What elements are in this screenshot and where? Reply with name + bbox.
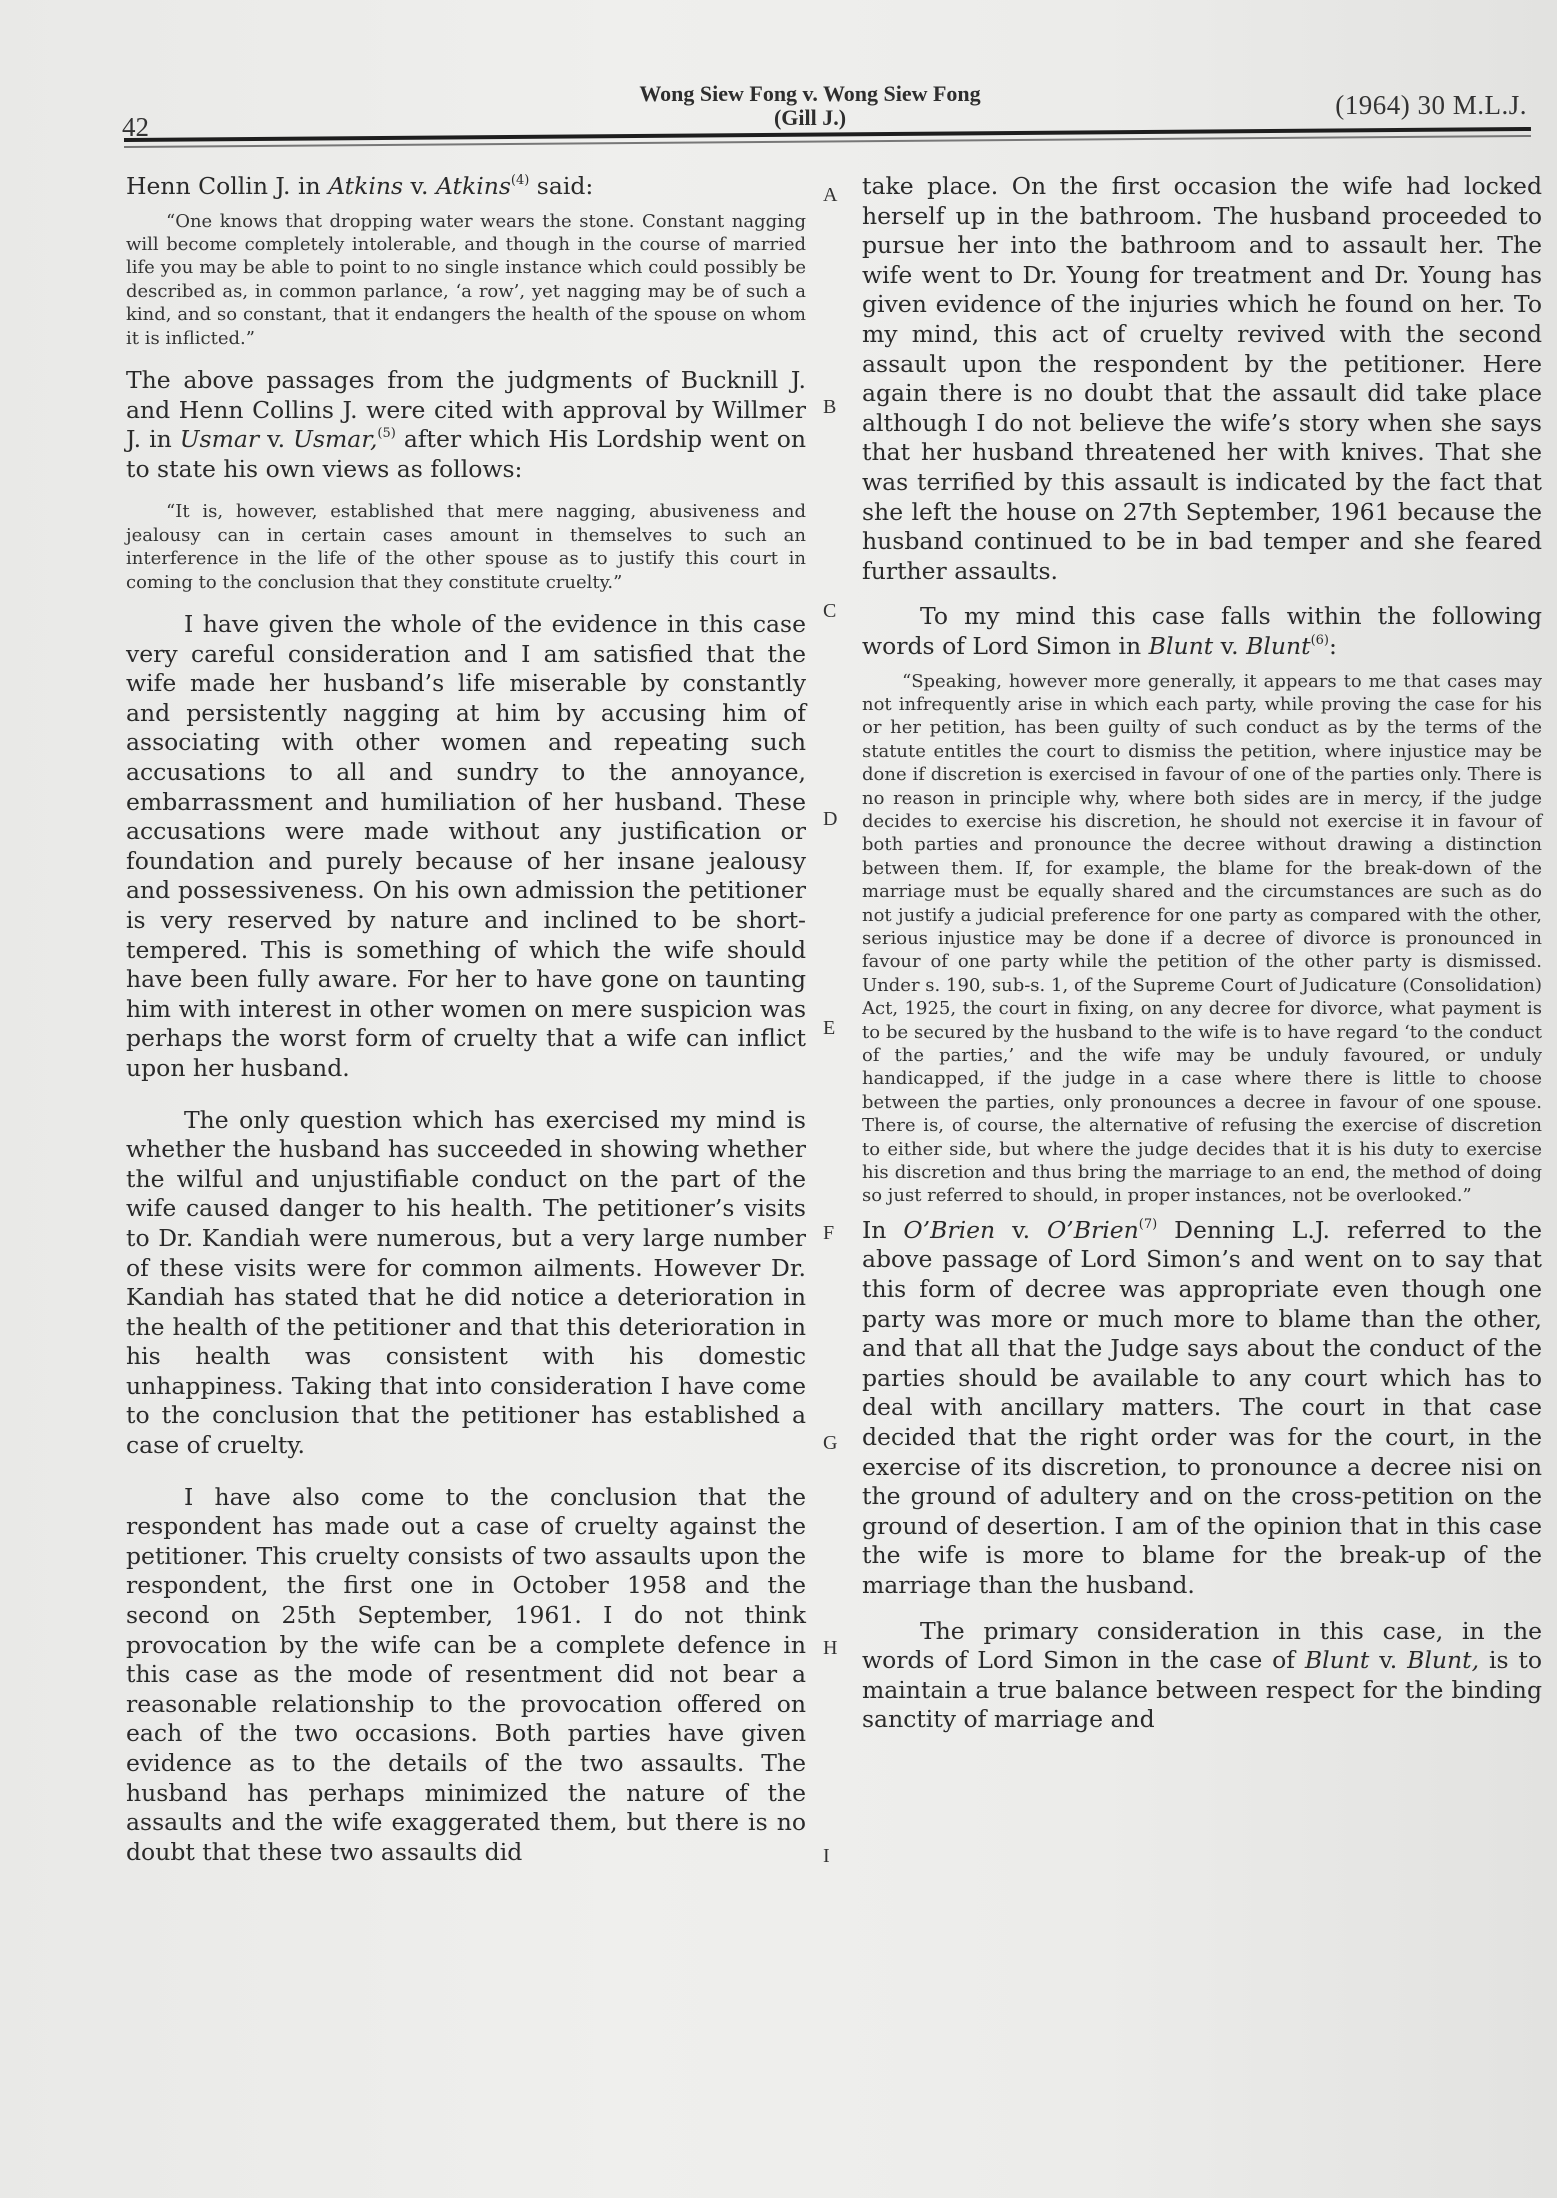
margin-letter-h: H — [823, 1637, 837, 1660]
margin-letter-a: A — [823, 184, 837, 207]
paragraph-health-question: The only question which has exercised my… — [126, 1106, 806, 1461]
margin-letter-d: D — [823, 808, 837, 831]
left-column: Henn Collin J. in Atkins v. Atkins(4) sa… — [126, 172, 806, 1867]
block-quote-lord-simon: “Speaking, however more generally, it ap… — [862, 670, 1542, 1208]
right-column: take place. On the first occasion the wi… — [862, 172, 1542, 1735]
paragraph-respondent-cruelty: I have also come to the conclusion that … — [126, 1483, 806, 1868]
document-page: 42 Wong Siew Fong v. Wong Siew Fong (Gil… — [0, 0, 1557, 2198]
paragraph-assault-details: take place. On the first occasion the wi… — [862, 172, 1542, 586]
law-report-citation: (1964) 30 M.L.J. — [1335, 90, 1527, 121]
case-name: Atkins — [436, 172, 511, 200]
footnote-ref: (5) — [377, 426, 395, 441]
margin-letter-b: B — [823, 396, 836, 419]
running-header: Wong Siew Fong v. Wong Siew Fong (Gill J… — [540, 82, 1080, 130]
footnote-ref: (6) — [1311, 633, 1329, 648]
paragraph-primary-consideration: The primary consideration in this case, … — [862, 1617, 1542, 1735]
case-name: Usmar, — [293, 425, 377, 453]
paragraph-intro-atkins: Henn Collin J. in Atkins v. Atkins(4) sa… — [126, 172, 806, 202]
case-name: Blunt — [1246, 632, 1311, 660]
case-name: Blunt — [1305, 1646, 1370, 1674]
paragraph-blunt-intro: To my mind this case falls within the fo… — [862, 602, 1542, 661]
case-name: O’Brien — [903, 1216, 995, 1244]
footnote-ref: (4) — [511, 173, 529, 188]
margin-letter-g: G — [823, 1432, 837, 1455]
judge-name: (Gill J.) — [540, 106, 1080, 130]
margin-letter-i: I — [823, 1845, 830, 1868]
paragraph-usmar: The above passages from the judgments of… — [126, 366, 806, 484]
block-quote-usmar: “It is, however, established that mere n… — [126, 500, 806, 594]
block-quote-atkins: “One knows that dropping water wears the… — [126, 210, 806, 350]
margin-letter-f: F — [823, 1222, 834, 1245]
case-title: Wong Siew Fong v. Wong Siew Fong — [540, 82, 1080, 106]
margin-letter-e: E — [823, 1017, 835, 1040]
footnote-ref: (7) — [1139, 1217, 1157, 1232]
case-name: Usmar — [180, 425, 259, 453]
paragraph-obrien: In O’Brien v. O’Brien(7) Denning L.J. re… — [862, 1216, 1542, 1601]
case-name: Blunt — [1149, 632, 1214, 660]
paragraph-evidence: I have given the whole of the evidence i… — [126, 610, 806, 1084]
margin-letter-c: C — [823, 600, 836, 623]
case-name: Blunt, — [1407, 1646, 1479, 1674]
case-name: Atkins — [328, 172, 403, 200]
case-name: O’Brien — [1047, 1216, 1139, 1244]
